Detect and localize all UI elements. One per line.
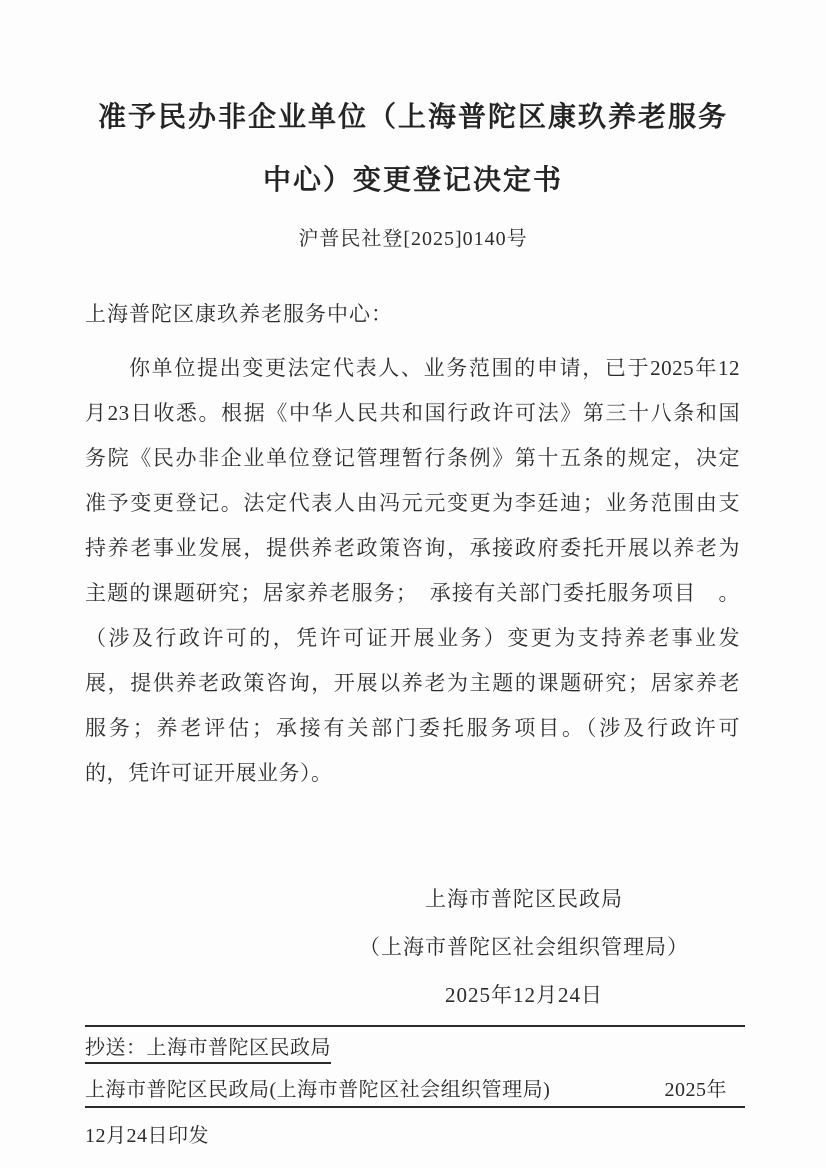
body-line: 展，提供养老政策咨询，开展以养老为主题的课题研究；居家养老 bbox=[85, 661, 740, 706]
body-line: 的，凭许可证开展业务）。 bbox=[85, 751, 740, 796]
footer-issue-year: 2025年 bbox=[665, 1078, 728, 1102]
document-title-line1: 准予民办非企业单位（上海普陀区康玖养老服务 bbox=[0, 98, 826, 138]
document-title: 准予民办非企业单位（上海普陀区康玖养老服务 中心）变更登记决定书 bbox=[0, 98, 826, 201]
footer-cc-row: 抄送：上海市普陀区民政局 bbox=[85, 1036, 745, 1064]
signature-org: 上海市普陀区民政局 bbox=[356, 875, 692, 923]
footer-cc-line: 抄送：上海市普陀区民政局 bbox=[85, 1036, 331, 1064]
body-line: 主题的课题研究；居家养老服务； 承接有关部门委托服务项目 。 bbox=[85, 571, 740, 616]
document-number: 沪普民社登[2025]0140号 bbox=[0, 222, 826, 251]
body-line: 服务；养老评估；承接有关部门委托服务项目。（涉及行政许可 bbox=[85, 706, 740, 751]
body-line: 务院《民办非企业单位登记管理暂行条例》第十五条的规定，决定 bbox=[85, 436, 740, 481]
document-title-line2: 中心）变更登记决定书 bbox=[0, 161, 826, 201]
footer-issuer: 上海市普陀区民政局(上海市普陀区社会组织管理局) bbox=[85, 1078, 550, 1102]
footer-print-date: 12月24日印发 bbox=[85, 1124, 745, 1148]
signature-org-paren: （上海市普陀区社会组织管理局） bbox=[356, 923, 692, 971]
body-line: 月23日收悉。根据《中华人民共和国行政许可法》第三十八条和国 bbox=[85, 391, 740, 436]
body-line: 准予变更登记。法定代表人由冯元元变更为李廷迪；业务范围由支 bbox=[85, 481, 740, 526]
body-line: （涉及行政许可的，凭许可证开展业务）变更为支持养老事业发 bbox=[85, 616, 740, 661]
body-paragraph: 你单位提出变更法定代表人、业务范围的申请，已于2025年12 月23日收悉。根据… bbox=[85, 346, 740, 796]
signature-date: 2025年12月24日 bbox=[356, 971, 692, 1019]
footer-issuer-row: 上海市普陀区民政局(上海市普陀区社会组织管理局) 2025年 bbox=[85, 1078, 745, 1108]
signature-block: 上海市普陀区民政局 （上海市普陀区社会组织管理局） 2025年12月24日 bbox=[356, 875, 692, 1019]
document-footer: 抄送：上海市普陀区民政局 上海市普陀区民政局(上海市普陀区社会组织管理局) 20… bbox=[85, 1025, 745, 1148]
body-line: 持养老事业发展，提供养老政策咨询，承接政府委托开展以养老为 bbox=[85, 526, 740, 571]
document-page: 准予民办非企业单位（上海普陀区康玖养老服务 中心）变更登记决定书 沪普民社登[2… bbox=[0, 0, 826, 1168]
salutation: 上海普陀区康玖养老服务中心： bbox=[85, 300, 393, 328]
body-line: 你单位提出变更法定代表人、业务范围的申请，已于2025年12 bbox=[85, 346, 740, 391]
